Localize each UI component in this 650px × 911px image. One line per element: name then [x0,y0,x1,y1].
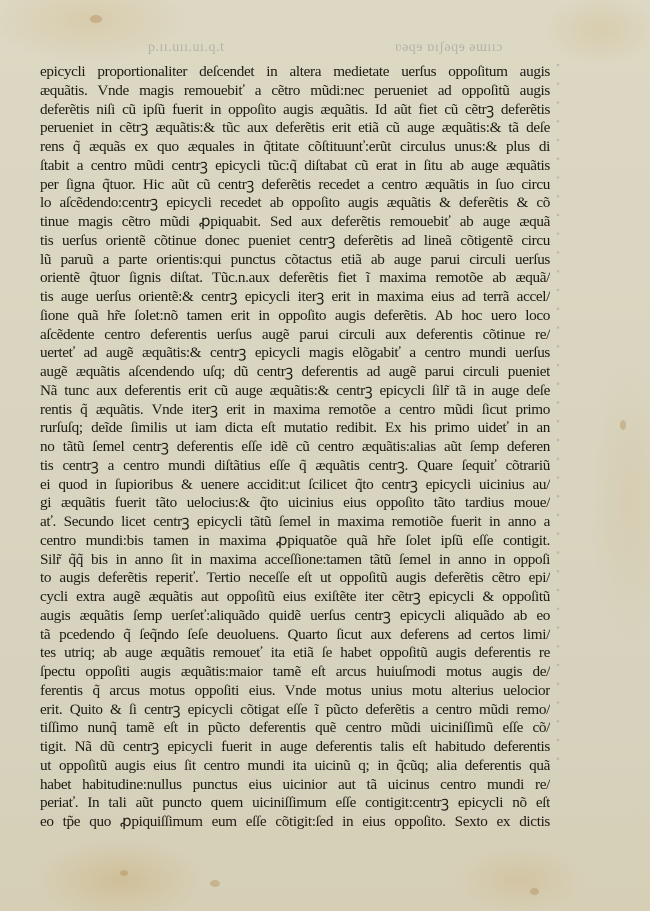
text-line: tis auge uerſus orientẽ:& centrꝫ epicycl… [40,288,550,307]
text-line: perueniet in cẽtrꝫ æquãtis:& tũc aux def… [40,119,550,138]
text-line: ei quod in ſupioribus & uenere accidit:u… [40,476,550,495]
text-line: deferẽtis niſi cũ ipſũ fuerit in oppoſit… [40,101,550,120]
document-page: p.ıı.uıı.uı.q.t ʋəqɘ ɒıʃəqɘ əɯııɔ epicyc… [0,0,650,911]
text-line: cycli extra augẽ æquãtis aut oppoſitũ ei… [40,588,550,607]
text-line: aſcẽdente centro deferentis uerſus augẽ … [40,326,550,345]
text-line: lo aſcẽdendo:centrꝫ epicycli recedet ab … [40,194,550,213]
text-line: tinue magis cẽtro mũdi ꝓpiquabit. Sed au… [40,213,550,232]
foxing-spot [530,888,539,895]
text-line: gi æquãtis fuerit tãto uelocius:& q̃to u… [40,494,550,513]
text-line: augis æquãtis ſemp uerſeť:aliquãdo quidẽ… [40,607,550,626]
text-line: eo tp̃e quo ꝓpiquiſſimum eum eſſe cõtigi… [40,813,550,832]
text-line: tiſſimo nunq̃ tamẽ eſt in pũcto deferent… [40,719,550,738]
text-line: Nã tunc aux deferentis erit cũ auge æquã… [40,382,550,401]
text-line: epicycli proportionaliter deſcendet in a… [40,63,550,82]
text-column: epicycli proportionaliter deſcendet in a… [40,63,550,832]
gutter-marks [555,62,561,762]
text-line: ſione quã hr̃e ſolet:nõ tamen erit in op… [40,307,550,326]
text-line: habet habitudine:nullus punctus eius uic… [40,776,550,795]
text-line: uerteť ad augẽ æquãtis:& centrꝫ epicycli… [40,344,550,363]
foxing-spot [210,880,220,887]
bleedthrough-text-right: ʋəqɘ ɒıʃəqɘ əɯııɔ [395,40,503,56]
text-line: Silr̃ q̃q̃ bis in anno ſit in maxima acc… [40,551,550,570]
text-line: rentis q̃ æquãtis. Vnde iterꝫ erit in ma… [40,401,550,420]
text-line: ať. Secundo licet centrꝫ epicycli tãtũ ſ… [40,513,550,532]
text-line: tes utriq; ab auge æquãtis remoueť ita e… [40,644,550,663]
text-line: æquãtis. Vnde magis remouebiť a cẽtro mũ… [40,82,550,101]
text-line: per ſigna q̃tuor. Hic aũt cũ centrꝫ defe… [40,176,550,195]
text-line: tã pcedendo q̃ ſeq̃ndo ſeſe deuoluens. Q… [40,626,550,645]
text-line: orientẽ q̃tuor ſignis diſtat. Tũc.n.aux … [40,269,550,288]
text-line: tigit. Nã dũ centrꝫ epicycli fuerit in a… [40,738,550,757]
text-line: ut oppoſitũ augis eius ſit centro mundi … [40,757,550,776]
foxing-spot [90,15,102,23]
foxing-spot [620,420,626,430]
text-line: tis uerſus orientẽ cõtinue donec pueniet… [40,232,550,251]
text-line: augẽ æquãtis aſcendendo uſq; dũ centrꝫ d… [40,363,550,382]
text-line: ſpectu oppoſiti augis æquãtis:maior tamẽ… [40,663,550,682]
text-line: rens q̃ æquãs ex quo æquales in q̃titate… [40,138,550,157]
text-line: ſtabit a centro mũdi centrꝫ epicycli tũc… [40,157,550,176]
bleedthrough-text-left: p.ıı.uıı.uı.q.t [148,40,224,56]
text-line: ferentis q̃ arcus motus oppoſiti eius. V… [40,682,550,701]
text-line: tis centrꝫ a centro mundi diſtãtius eſſe… [40,457,550,476]
text-line: no tãtũ ſemel centrꝫ deferentis eſſe idẽ… [40,438,550,457]
text-line: lũ paruũ a parte orientis:qui punctus cõ… [40,251,550,270]
text-line: to augis deferẽtis reperiť. Tertio neceſ… [40,569,550,588]
text-line: erit. Quito & ſi centrꝫ epicycli cõtigat… [40,701,550,720]
text-line: centro mundi:bis tamen in maxima ꝓpiquat… [40,532,550,551]
text-line: rurſuſq; deĩde ſimilis ut iam dicta eſt … [40,419,550,438]
foxing-spot [120,870,128,876]
text-line: periať. In tali aũt puncto quem uiciniſſ… [40,794,550,813]
